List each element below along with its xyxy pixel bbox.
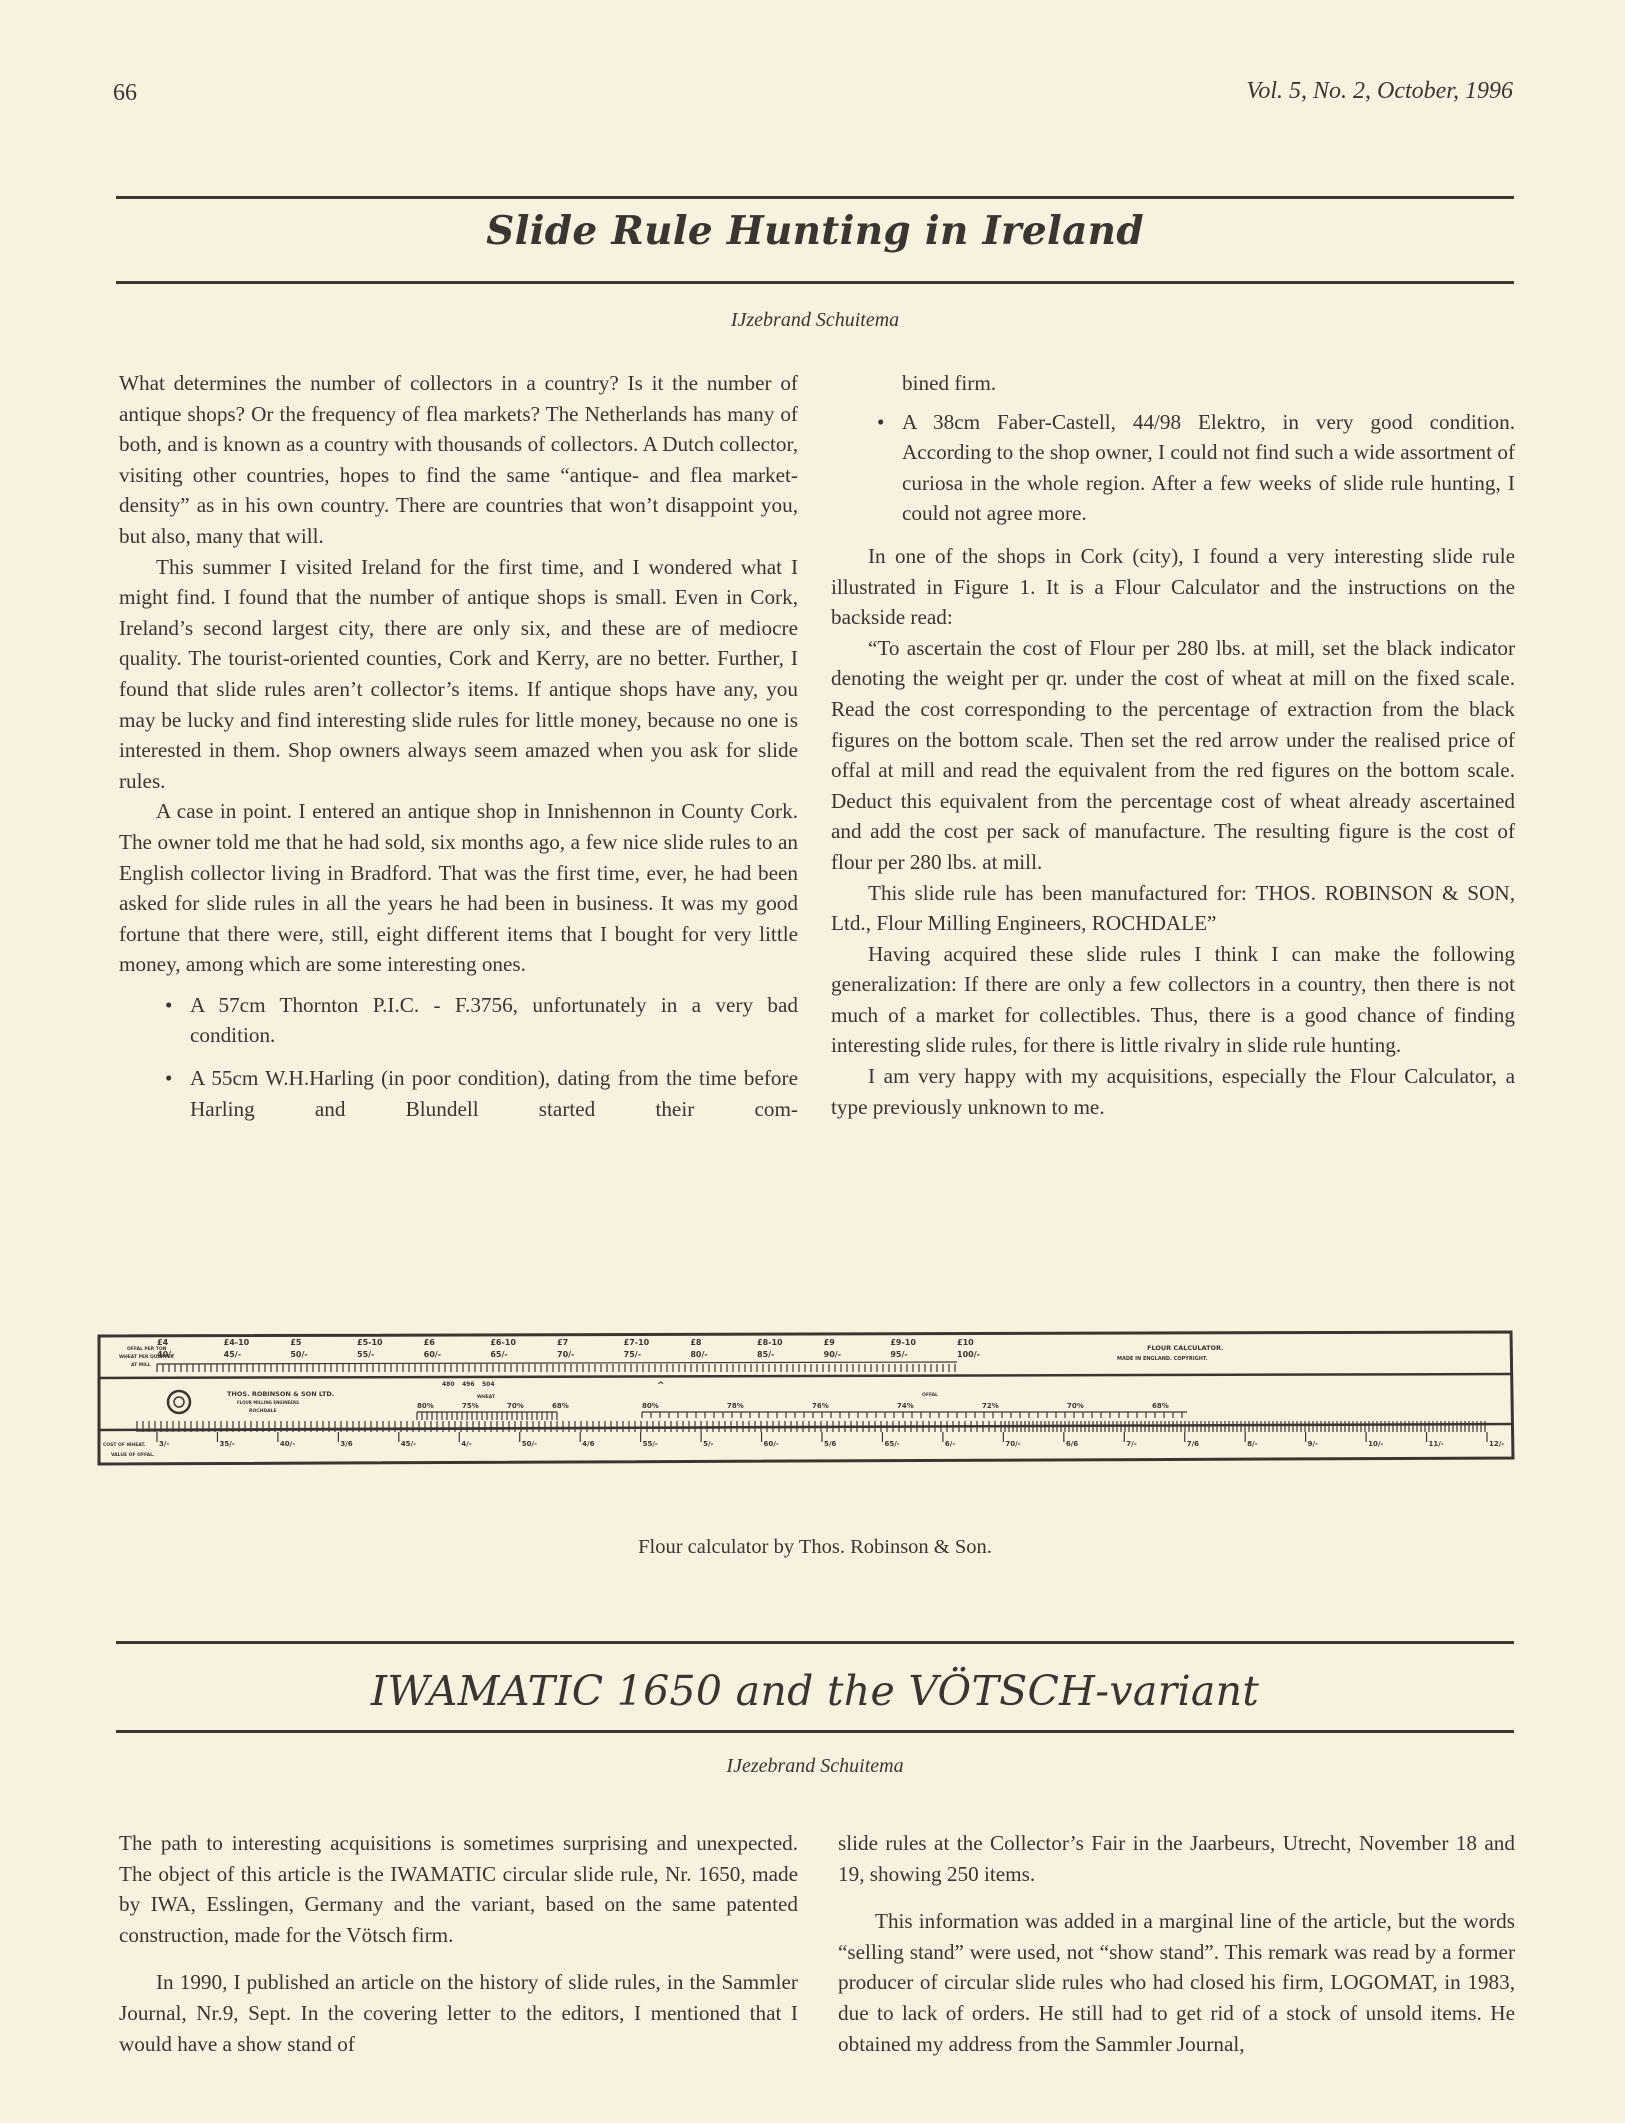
svg-text:3/-: 3/-	[159, 1440, 169, 1448]
paragraph: I am very happy with my acquisitions, es…	[831, 1061, 1515, 1122]
svg-text:100/-: 100/-	[957, 1350, 980, 1359]
svg-text:AT MILL: AT MILL	[131, 1362, 151, 1368]
article-title: Slide Rule Hunting in Ireland	[116, 208, 1514, 254]
paragraph: A case in point. I entered an antique sh…	[119, 796, 798, 980]
bullet-icon: •	[165, 1063, 172, 1094]
svg-text:35/-: 35/-	[219, 1440, 234, 1448]
svg-text:WHEAT PER QUARTER: WHEAT PER QUARTER	[119, 1354, 174, 1360]
quote-paragraph: “To ascertain the cost of Flour per 280 …	[831, 633, 1515, 878]
svg-text:68%: 68%	[552, 1402, 569, 1410]
svg-text:85/-: 85/-	[757, 1350, 774, 1359]
paragraph: In 1990, I published an article on the h…	[119, 1967, 798, 2059]
svg-text:£8-10: £8-10	[757, 1338, 783, 1347]
figure-caption: Flour calculator by Thos. Robinson & Son…	[116, 1536, 1514, 1559]
svg-text:75%: 75%	[462, 1402, 479, 1410]
svg-text:6/-: 6/-	[945, 1440, 955, 1448]
list-continuation: bined firm.	[831, 368, 1515, 399]
svg-text:£6: £6	[424, 1338, 436, 1347]
list-item: •A 57cm Thornton P.I.C. - F.3756, unfort…	[119, 990, 798, 1051]
svg-text:95/-: 95/-	[890, 1350, 907, 1359]
svg-text:10/-: 10/-	[1368, 1440, 1383, 1448]
svg-text:£8: £8	[690, 1338, 702, 1347]
bullet-icon: •	[877, 407, 884, 438]
paragraph: What determines the number of collectors…	[119, 368, 798, 552]
acquisition-list: •A 57cm Thornton P.I.C. - F.3756, unfort…	[119, 990, 798, 1124]
issue-info: Vol. 5, No. 2, October, 1996	[1246, 78, 1513, 105]
svg-text:45/-: 45/-	[401, 1440, 416, 1448]
title-rule-bottom	[116, 281, 1514, 284]
svg-text:£4: £4	[157, 1338, 169, 1347]
article-author: IJezebrand Schuitema	[116, 1755, 1514, 1778]
svg-text:76%: 76%	[812, 1402, 829, 1410]
svg-text:4/6: 4/6	[582, 1440, 594, 1448]
svg-text:78%: 78%	[727, 1402, 744, 1410]
svg-text:72%: 72%	[982, 1402, 999, 1410]
paragraph: Having acquired these slide rules I thin…	[831, 939, 1515, 1061]
svg-text:^: ^	[657, 1381, 665, 1391]
svg-text:55/-: 55/-	[357, 1350, 374, 1359]
svg-text:£9-10: £9-10	[890, 1338, 916, 1347]
svg-text:70/-: 70/-	[1005, 1440, 1020, 1448]
svg-text:80%: 80%	[642, 1402, 659, 1410]
list-item: •A 55cm W.H.Harling (in poor condition),…	[119, 1063, 798, 1124]
article-author: IJzebrand Schuitema	[116, 309, 1514, 332]
svg-text:3/6: 3/6	[340, 1440, 352, 1448]
title-rule-bottom	[116, 1730, 1514, 1733]
svg-text:70%: 70%	[507, 1402, 524, 1410]
flour-calculator-figure: £440/-£4-1045/-£550/-£5-1055/-£660/-£6-1…	[97, 1328, 1517, 1468]
svg-text:£7: £7	[557, 1338, 568, 1347]
svg-text:OFFAL: OFFAL	[922, 1392, 938, 1398]
paragraph: This information was added in a marginal…	[838, 1906, 1515, 2059]
bullet-icon: •	[165, 990, 172, 1021]
list-item: •A 38cm Faber-Castell, 44/98 Elektro, in…	[831, 407, 1515, 529]
svg-text:COST OF WHEAT.: COST OF WHEAT.	[103, 1442, 146, 1448]
svg-text:7/-: 7/-	[1126, 1440, 1136, 1448]
article1-column-2: bined firm. •A 38cm Faber-Castell, 44/98…	[831, 368, 1515, 1122]
svg-text:FLOUR MILLING ENGINEERS: FLOUR MILLING ENGINEERS	[237, 1400, 299, 1405]
svg-text:50/-: 50/-	[522, 1440, 537, 1448]
article1-column-1: What determines the number of collectors…	[119, 368, 798, 1136]
paragraph: The path to interesting acquisitions is …	[119, 1828, 798, 1950]
svg-text:£5-10: £5-10	[357, 1338, 383, 1347]
svg-text:70/-: 70/-	[557, 1350, 574, 1359]
article2-column-2: slide rules at the Collector’s Fair in t…	[838, 1828, 1515, 2059]
svg-text:74%: 74%	[897, 1402, 914, 1410]
svg-text:£6-10: £6-10	[490, 1338, 516, 1347]
paragraph: This summer I visited Ireland for the fi…	[119, 552, 798, 797]
svg-text:ROCHDALE: ROCHDALE	[249, 1408, 277, 1414]
article-title: IWAMATIC 1650 and the VÖTSCH-variant	[116, 1667, 1514, 1715]
svg-text:5/-: 5/-	[703, 1440, 713, 1448]
title-rule-top	[116, 1641, 1514, 1644]
svg-text:12/-: 12/-	[1489, 1440, 1504, 1448]
slide-rule-illustration: £440/-£4-1045/-£550/-£5-1055/-£660/-£6-1…	[97, 1328, 1517, 1468]
svg-text:11/-: 11/-	[1429, 1440, 1444, 1448]
paragraph: This slide rule has been manufactured fo…	[831, 878, 1515, 939]
svg-text:80%: 80%	[417, 1402, 434, 1410]
title-rule-top	[116, 196, 1514, 199]
svg-text:70%: 70%	[1067, 1402, 1084, 1410]
svg-text:40/-: 40/-	[280, 1440, 295, 1448]
svg-text:£10: £10	[957, 1338, 974, 1347]
svg-text:60/-: 60/-	[424, 1350, 441, 1359]
svg-text:480: 480	[442, 1381, 455, 1388]
acquisition-list-continued: •A 38cm Faber-Castell, 44/98 Elektro, in…	[831, 407, 1515, 529]
svg-text:MADE IN ENGLAND. COPYRIGH: MADE IN ENGLAND. COPYRIGHT.	[1117, 1356, 1208, 1362]
svg-text:WHEAT: WHEAT	[477, 1394, 496, 1400]
svg-text:5/6: 5/6	[824, 1440, 836, 1448]
svg-text:8/-: 8/-	[1247, 1440, 1257, 1448]
svg-text:504: 504	[482, 1381, 495, 1388]
svg-text:FLOUR CALCULATOR.: FLOUR CALCULATOR.	[1147, 1344, 1224, 1352]
svg-text:60/-: 60/-	[764, 1440, 779, 1448]
paragraph: slide rules at the Collector’s Fair in t…	[838, 1828, 1515, 1889]
svg-text:£7-10: £7-10	[624, 1338, 650, 1347]
svg-text:VALUE OF OFFAL.: VALUE OF OFFAL.	[111, 1452, 155, 1458]
svg-text:7/6: 7/6	[1187, 1440, 1199, 1448]
svg-text:£9: £9	[824, 1338, 836, 1347]
svg-text:6/6: 6/6	[1066, 1440, 1078, 1448]
svg-text:£5: £5	[290, 1338, 302, 1347]
svg-text:OFFAL PER TON: OFFAL PER TON	[127, 1346, 167, 1352]
svg-text:4/-: 4/-	[461, 1440, 471, 1448]
page-number: 66	[113, 80, 137, 107]
svg-text:80/-: 80/-	[690, 1350, 707, 1359]
svg-text:50/-: 50/-	[290, 1350, 307, 1359]
svg-text:£4-10: £4-10	[224, 1338, 250, 1347]
article2-column-1: The path to interesting acquisitions is …	[119, 1828, 798, 2059]
svg-text:55/-: 55/-	[643, 1440, 658, 1448]
svg-text:90/-: 90/-	[824, 1350, 841, 1359]
svg-text:75/-: 75/-	[624, 1350, 641, 1359]
svg-text:65/-: 65/-	[884, 1440, 899, 1448]
svg-text:65/-: 65/-	[490, 1350, 507, 1359]
paragraph: In one of the shops in Cork (city), I fo…	[831, 541, 1515, 633]
svg-text:THOS. ROBINSON & SON LTD.: THOS. ROBINSON & SON LTD.	[227, 1390, 334, 1398]
svg-text:68%: 68%	[1152, 1402, 1169, 1410]
svg-text:496: 496	[462, 1381, 475, 1388]
svg-text:45/-: 45/-	[224, 1350, 241, 1359]
svg-text:9/-: 9/-	[1308, 1440, 1318, 1448]
